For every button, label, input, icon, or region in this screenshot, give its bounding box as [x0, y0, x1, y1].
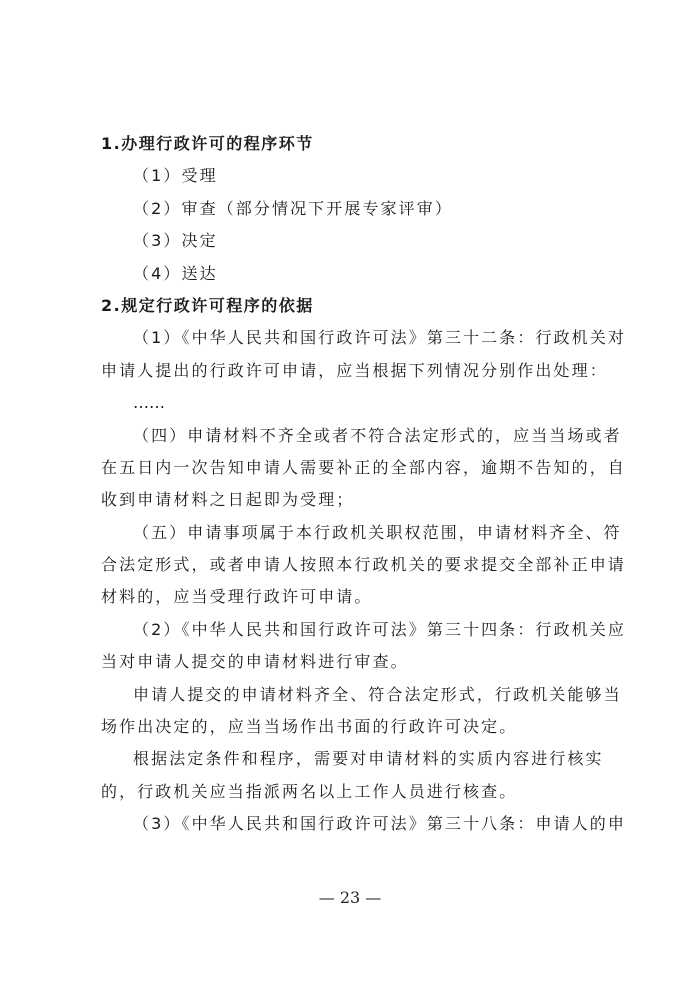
section-2-heading: 2.规定行政许可程序的依据 [101, 290, 607, 322]
paragraph-line: 申请人提交的申请材料齐全、符合法定形式，行政机关能够当 [101, 679, 607, 711]
paragraph-line: 合法定形式，或者申请人按照本行政机关的要求提交全部补正申请 [101, 549, 607, 581]
paragraph-line: （3）《中华人民共和国行政许可法》第三十八条：申请人的申 [101, 808, 607, 840]
page-number: — 23 — [0, 888, 700, 907]
procedure-step-3: （3）决定 [101, 225, 607, 257]
paragraph-line: 在五日内一次告知申请人需要补正的全部内容，逾期不告知的，自 [101, 452, 607, 484]
paragraph-line: 的，行政机关应当指派两名以上工作人员进行核查。 [101, 776, 607, 808]
paragraph-line: 当对申请人提交的申请材料进行审查。 [101, 646, 607, 678]
paragraph-line: 收到申请材料之日起即为受理； [101, 484, 607, 516]
paragraph-line: 材料的，应当受理行政许可申请。 [101, 581, 607, 613]
paragraph-line: 根据法定条件和程序，需要对申请材料的实质内容进行核实 [101, 743, 607, 775]
ellipsis: …… [101, 387, 607, 419]
section-1-heading: 1.办理行政许可的程序环节 [101, 128, 607, 160]
paragraph-line: 场作出决定的，应当当场作出书面的行政许可决定。 [101, 711, 607, 743]
paragraph-line: （1）《中华人民共和国行政许可法》第三十二条：行政机关对 [101, 322, 607, 354]
procedure-step-4: （4）送达 [101, 258, 607, 290]
paragraph-line: （2）《中华人民共和国行政许可法》第三十四条：行政机关应 [101, 614, 607, 646]
paragraph-line: 申请人提出的行政许可申请，应当根据下列情况分别作出处理： [101, 355, 607, 387]
procedure-step-1: （1）受理 [101, 160, 607, 192]
document-page: 1.办理行政许可的程序环节 （1）受理 （2）审查（部分情况下开展专家评审） （… [101, 128, 607, 841]
paragraph-line: （四）申请材料不齐全或者不符合法定形式的，应当当场或者 [101, 420, 607, 452]
paragraph-line: （五）申请事项属于本行政机关职权范围，申请材料齐全、符 [101, 517, 607, 549]
procedure-step-2: （2）审查（部分情况下开展专家评审） [101, 193, 607, 225]
